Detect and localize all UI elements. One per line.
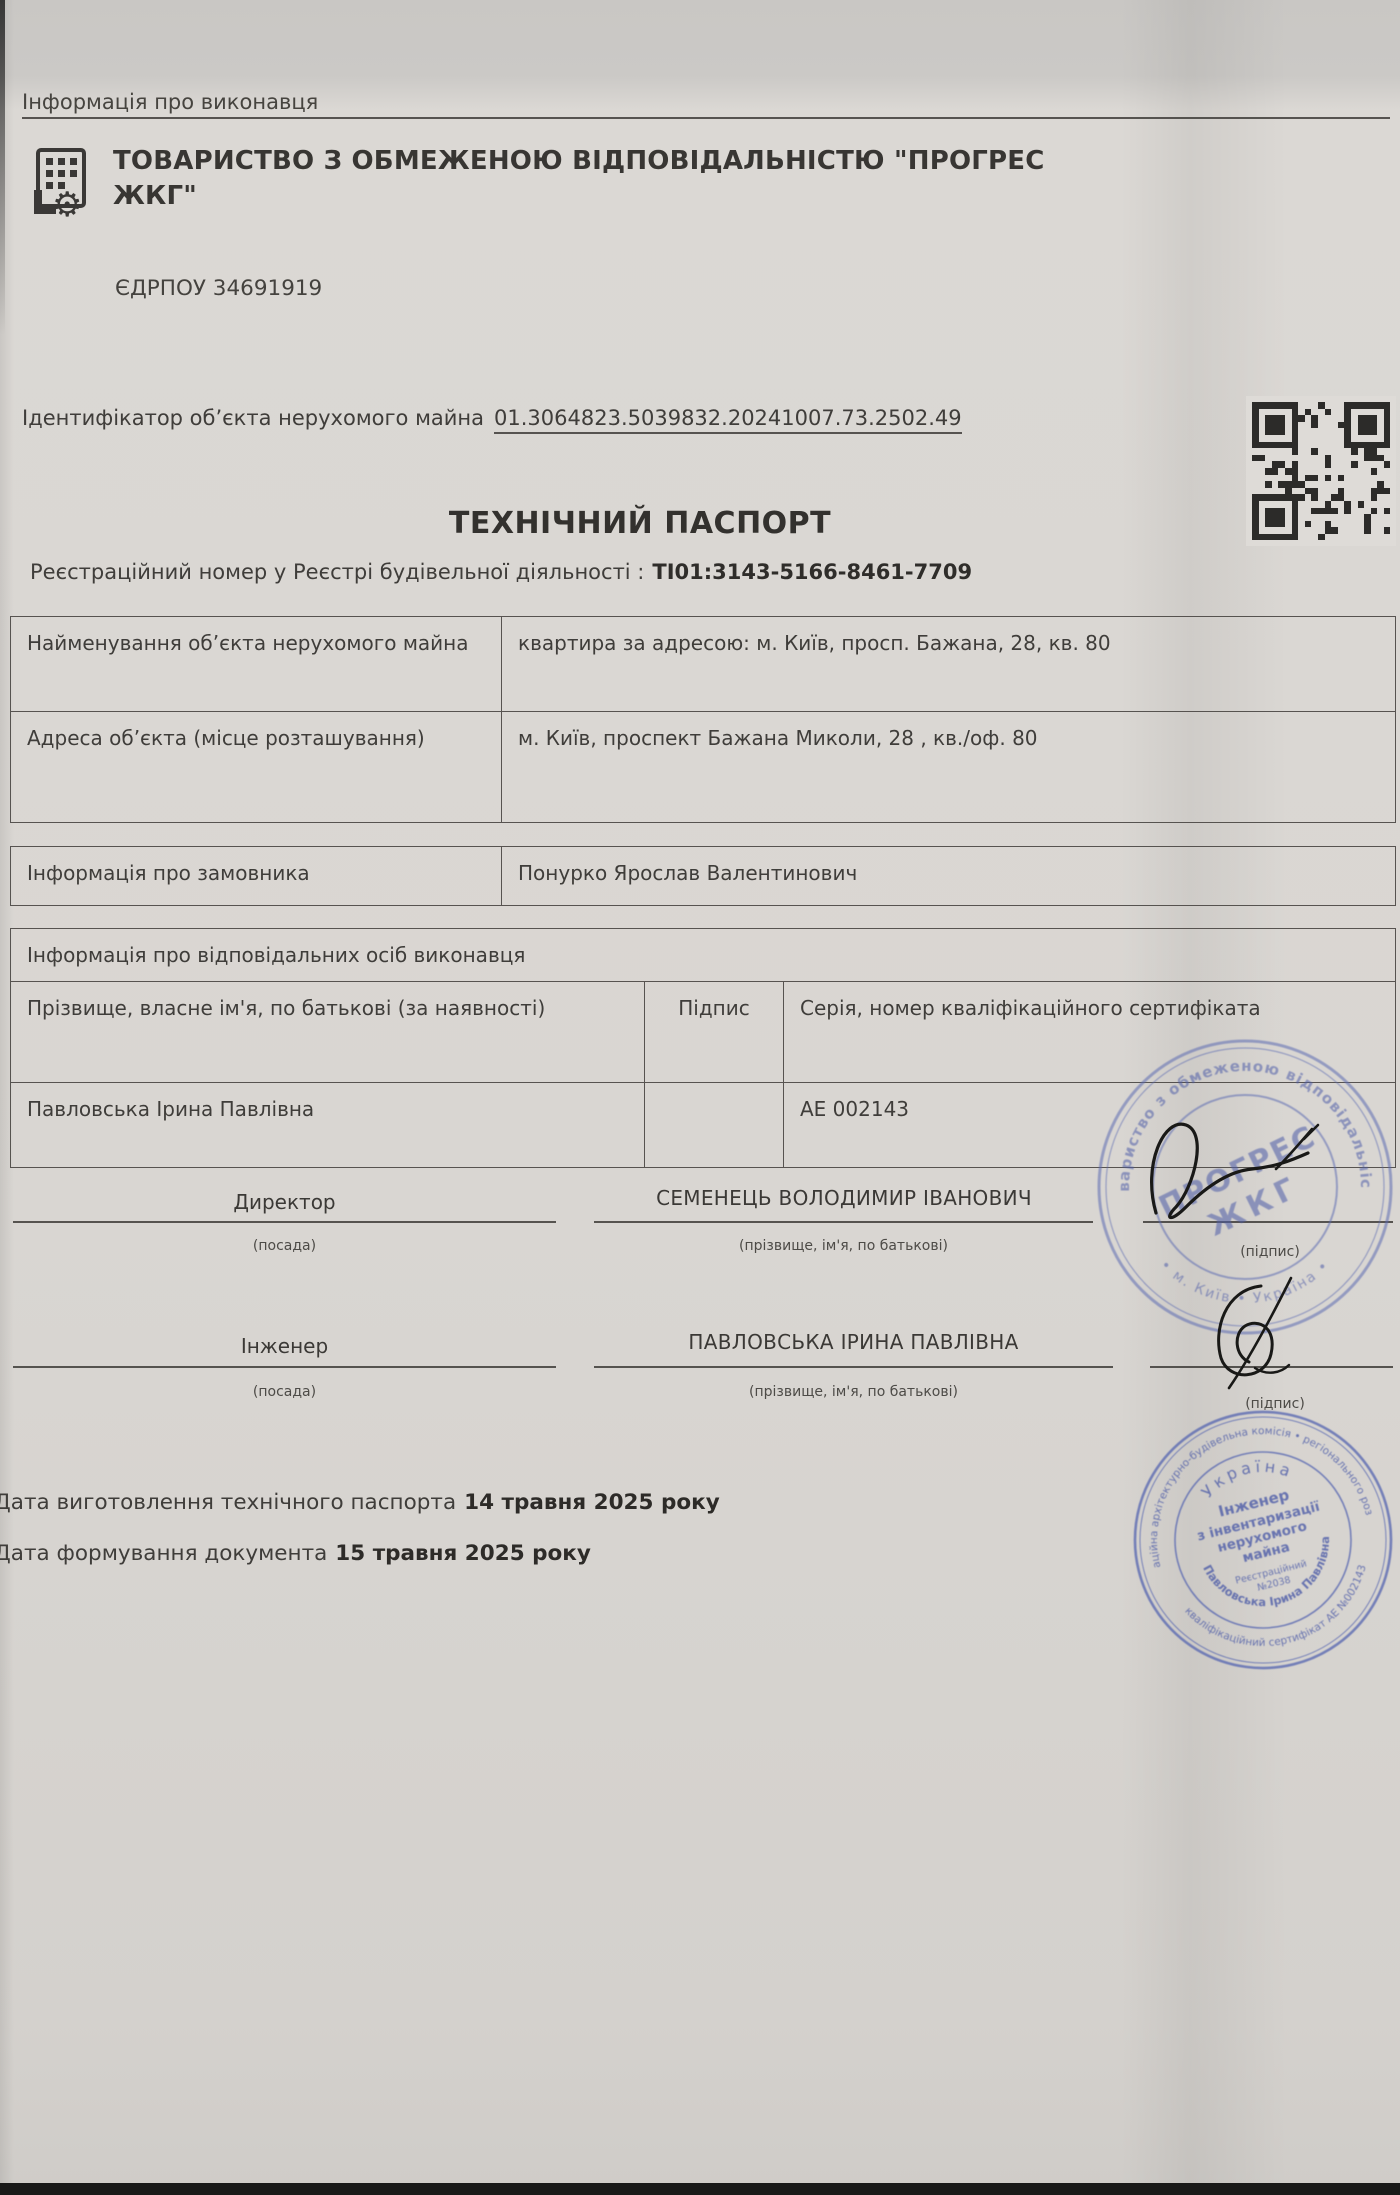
company-edrpou: ЄДРПОУ 34691919 [115,276,322,301]
document-date-label: Дата формування документа [0,1541,327,1566]
engineer-name: ПАВЛОВСЬКА ІРИНА ПАВЛІВНА [594,1330,1113,1354]
property-identifier-label: Ідентифікатор об’єкта нерухомого майна [22,406,484,430]
passport-date-label: Дата виготовлення технічного паспорта [0,1490,456,1515]
customer-value: Понурко Ярослав Валентинович [501,847,1395,905]
object-address-label: Адреса об’єкта (місце розташування) [11,712,501,822]
customer-info-table: Інформація про замовника Понурко Ярослав… [10,846,1396,906]
passport-date-line: Дата виготовлення технічного паспорта14 … [0,1490,720,1515]
registration-label: Реєстраційний номер у Реєстрі будівельно… [30,560,644,584]
table-row: Найменування об’єкта нерухомого майна кв… [11,617,1395,711]
customer-label: Інформація про замовника [11,847,501,905]
document-date-value: 15 травня 2025 року [335,1541,591,1566]
passport-date-value: 14 травня 2025 року [464,1490,720,1515]
qr-code [1246,396,1396,546]
director-signature [1128,1095,1328,1245]
executor-section-label: Інформація про виконавця [22,90,318,114]
responsible-name: Павловська Ірина Павлівна [11,1083,644,1167]
registration-number-line: Реєстраційний номер у Реєстрі будівельно… [30,560,972,584]
gear-icon: ⚙ [52,188,82,222]
responsible-signature-cell [644,1083,783,1167]
signature-line [13,1366,556,1368]
executor-section-underline [22,117,1390,119]
role-hint: (посада) [13,1238,556,1254]
responsible-table-title: Інформація про відповідальних осіб викон… [11,929,1395,981]
registration-value: ТІ01:3143-5166-8461-7709 [652,560,972,584]
name-hint: (прізвище, ім'я, по батькові) [594,1384,1113,1400]
role-hint: (посада) [13,1384,556,1400]
company-logo: ⚙ [28,146,118,238]
director-role: Директор [13,1190,556,1214]
signature-line [594,1221,1093,1223]
property-identifier-value: 01.3064823.5039832.20241007.73.2502.49 [494,406,962,434]
name-hint: (прізвище, ім'я, по батькові) [594,1238,1093,1254]
object-name-label: Найменування об’єкта нерухомого майна [11,617,501,711]
signature-line [594,1366,1113,1368]
column-header-name: Прізвище, власне ім'я, по батькові (за н… [11,982,644,1082]
object-info-table: Найменування об’єкта нерухомого майна кв… [10,616,1396,823]
table-row: Адреса об’єкта (місце розташування) м. К… [11,711,1395,822]
scan-edge-shadow [0,0,5,335]
engineer-role: Інженер [13,1334,556,1358]
document-date-line: Дата формування документа15 травня 2025 … [0,1541,591,1566]
object-address-value: м. Київ, проспект Бажана Миколи, 28 , кв… [501,712,1395,822]
column-header-signature: Підпис [644,982,783,1082]
document-title: ТЕХНІЧНИЙ ПАСПОРТ [140,506,1140,541]
engineer-round-stamp: Атестаційна архітектурно-будівельна комі… [1118,1395,1400,1685]
signature-line [13,1221,556,1223]
scan-bottom-edge [0,2183,1400,2195]
company-name: ТОВАРИСТВО З ОБМЕЖЕНОЮ ВІДПОВІДАЛЬНІСТЮ … [113,144,1103,214]
director-name: СЕМЕНЕЦЬ ВОЛОДИМИР ІВАНОВИЧ [594,1186,1094,1210]
scanned-document-page: Інформація про виконавця ⚙ ТОВАРИСТВО З … [0,0,1400,2195]
object-name-value: квартира за адресою: м. Київ, просп. Баж… [501,617,1395,711]
table-row: Інформація про замовника Понурко Ярослав… [11,847,1395,905]
engineer-signature [1195,1270,1375,1405]
table-header-row: Інформація про відповідальних осіб викон… [11,929,1395,981]
qr-pattern [1252,402,1390,540]
property-identifier-line: Ідентифікатор об’єкта нерухомого майна01… [22,406,962,430]
